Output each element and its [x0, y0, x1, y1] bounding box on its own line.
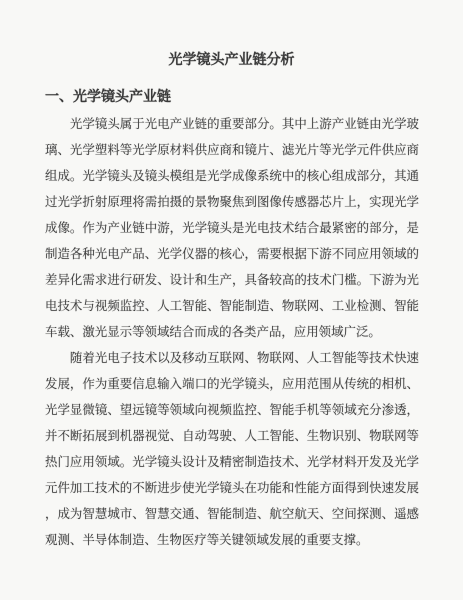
document-body: 光学镜头属于光电产业链的重要部分。其中上游产业链由光学玻璃、光学塑料等光学原材料…: [45, 111, 419, 553]
text-line-p1-6: 制造各种光电产品、光学仪器的核心，需要根据下游不同应用领域的: [45, 241, 419, 267]
text-line-p1-8: 电技术与视频监控、人工智能、智能制造、物联网、工业检测、智能: [45, 293, 419, 319]
text-line-p2-5: 热门应用领域。光学镜头设计及精密制造技术、光学材料开发及光学: [45, 449, 419, 475]
text-line-p1-9: 车载、激光显示等领域结合而成的各类产品，应用领域广泛。: [45, 319, 419, 345]
text-line-p1-1: 光学镜头属于光电产业链的重要部分。其中上游产业链由光学玻: [45, 111, 419, 137]
text-line-p1-7: 差异化需求进行研发、设计和生产，具备较高的技术门槛。下游为光: [45, 267, 419, 293]
text-line-p2-6: 元件加工技术的不断进步使光学镜头在功能和性能方面得到快速发展: [45, 475, 419, 501]
text-line-p2-7: ，成为智慧城市、智慧交通、智能制造、航空航天、空间探测、遥感: [45, 501, 419, 527]
text-line-p1-2: 璃、光学塑料等光学原材料供应商和镜片、滤光片等光学元件供应商: [45, 137, 419, 163]
section-heading: 一、光学镜头产业链: [45, 88, 171, 108]
text-line-p1-3: 组成。光学镜头及镜头模组是光学成像系统中的核心组成部分，其通: [45, 163, 419, 189]
text-line-p2-4: 并不断拓展到机器视觉、自动驾驶、人工智能、生物识别、物联网等: [45, 423, 419, 449]
text-line-p2-2: 发展，作为重要信息输入端口的光学镜头，应用范围从传统的相机、: [45, 371, 419, 397]
document-page: 光学镜头产业链分析 一、光学镜头产业链 光学镜头属于光电产业链的重要部分。其中上…: [0, 0, 463, 600]
text-line-p2-8: 观测、半导体制造、生物医疗等关键领域发展的重要支撑。: [45, 527, 419, 553]
text-line-p2-3: 光学显微镜、望远镜等领域向视频监控、智能手机等领域充分渗透，: [45, 397, 419, 423]
text-line-p1-5: 成像。作为产业链中游，光学镜头是光电技术结合最紧密的部分，是: [45, 215, 419, 241]
text-line-p1-4: 过光学折射原理将需拍摄的景物聚焦到图像传感器芯片上，实现光学: [45, 189, 419, 215]
document-title: 光学镜头产业链分析: [0, 51, 463, 71]
text-line-p2-1: 随着光电子技术以及移动互联网、物联网、人工智能等技术快速: [45, 345, 419, 371]
